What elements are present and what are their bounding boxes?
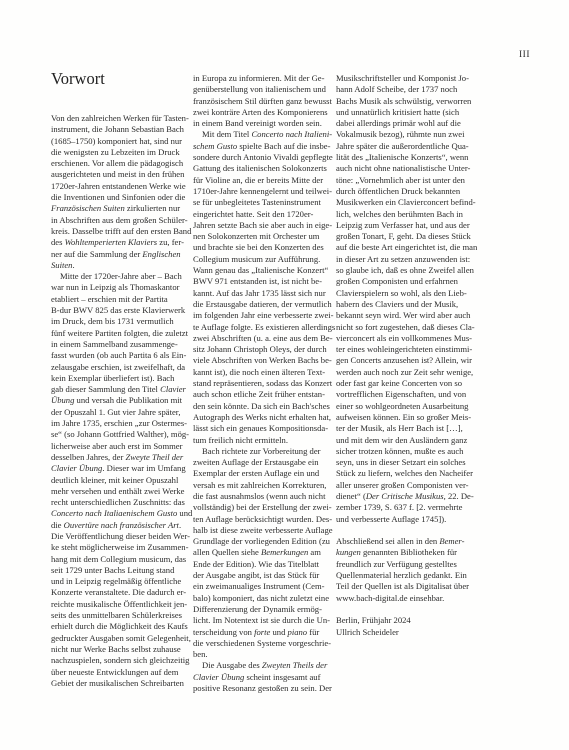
text-line: in dieser Art zu setzen anzuwenden ist: — [336, 254, 476, 265]
text-line: des Wohltemperierten Klaviers zu, fer- — [51, 237, 191, 248]
text-line: Französischen Suiten zirkulierten nur — [51, 203, 191, 214]
text-line: B-dur BWV 825 das erste Klavierwerk — [51, 305, 191, 316]
text-line: Clavier Übung. Dieser war im Umfang — [51, 463, 191, 474]
text-line: ter eines wohleingerichteten einstimmi- — [336, 344, 476, 355]
text-line: und unnatürlich kritisiert hatte (sich — [336, 107, 476, 118]
text-run: ner auf die Sammlung der — [51, 249, 142, 259]
text-run: 1720er-Jahren entstandenen Werke wie — [51, 181, 186, 191]
text-run: nen Solokonzerten mit Orchester um — [193, 231, 320, 241]
text-run: viele Abschriften von Werken Bachs be- — [193, 355, 332, 365]
text-run: für — [307, 627, 319, 637]
text-line: BWV 971 entstanden ist, ist nicht be- — [193, 276, 333, 287]
text-line: nachzuspielen, sondern sich gleichzeitig — [51, 655, 191, 666]
text-run: licherweise aber auch erst im Sommer — [51, 441, 182, 451]
italic-text: kungen — [336, 547, 361, 557]
text-run: Bach richtete zur Vorbereitung der — [202, 446, 321, 456]
text-line: ke steht möglicherweise im Zusammen- — [51, 542, 191, 553]
text-run: Gattung des italienischen Solokonzerts — [193, 163, 327, 173]
text-line: in Europa zu informieren. Mit der Ge- — [193, 73, 333, 84]
text-line: Exemplar der ersten Auflage ein und — [193, 468, 333, 479]
text-run: Mit dem Titel — [202, 129, 251, 139]
text-line: erhielt durch die Möglichkeit des Kaufs — [51, 621, 191, 632]
italic-text: Zweyten Theils der — [262, 660, 327, 670]
text-run: Quellenmaterial herzlich gedankt. Ein — [336, 570, 467, 580]
text-run: zweiten Auflage der Erstausgabe ein — [193, 457, 319, 467]
text-line: die Ouvertüre nach französischer Art. — [51, 520, 191, 531]
text-line: gedruckter Ausgaben somit Gelegenheit, — [51, 633, 191, 644]
text-line: durch öffentlichen Druck bekannten — [336, 186, 476, 197]
text-run: vortrefflichen Eigenschaften, und von — [336, 389, 466, 399]
text-line: kungen genannten Bibliotheken für — [336, 547, 476, 558]
text-line: im Druck, dem bis 1731 vermutlich — [51, 316, 191, 327]
text-line: dienet“ (Der Critische Musikus, 22. De- — [336, 491, 476, 502]
text-line: sicher trotzen können, mußte es auch — [336, 446, 476, 457]
text-line: in einem Band vereinigt worden sein. — [193, 118, 333, 129]
text-run: se“ (so Johann Gottfried Walther), mög- — [51, 429, 189, 439]
text-line: licht. Im Notentext ist sie durch die Un… — [193, 615, 333, 626]
text-run: allen Quellen siehe — [193, 547, 261, 557]
text-run: 1710er-Jahre kennengelernt und teilwei- — [193, 186, 332, 196]
text-line: lität des „Italienische Konzerts“, wenn — [336, 152, 476, 163]
text-run: ter eines wohleingerichteten einstimmi- — [336, 344, 472, 354]
text-line: lässt sich ein genaues Kompositionsda- — [193, 423, 333, 434]
text-line: te Auflage folgte. Es existieren allerdi… — [193, 322, 333, 333]
text-run: sitz Johann Christoph Oleys, der durch — [193, 344, 327, 354]
text-run: war nun in Leipzig als Thomaskantor — [51, 282, 179, 292]
text-line: im Jahre 1735, erschien „zur Ostermes- — [51, 418, 191, 429]
text-line: fünf weitere Partiten folgten, die zulet… — [51, 328, 191, 339]
text-line: versah es mit zahlreichen Korrekturen, — [193, 480, 333, 491]
italic-text: forte — [254, 627, 270, 637]
text-line: Concerto nach Italiaenischem Gusto und — [51, 508, 191, 519]
text-line: se“ (so Johann Gottfried Walther), mög- — [51, 429, 191, 440]
text-run: zu, fer- — [157, 237, 184, 247]
text-run: nachzuspielen, sondern sich gleichzeitig — [51, 655, 189, 665]
text-line: kreis. Dasselbe trifft auf den ersten Ba… — [51, 226, 191, 237]
text-line: und in Leipzig regelmäßig öffentliche — [51, 576, 191, 587]
text-line: zwei Abschriften (u. a. eine aus dem Be- — [193, 333, 333, 344]
text-line: desselben Jahres, der Zweyte Theil der — [51, 452, 191, 463]
text-line: und mit dem wir den Ausländern ganz — [336, 435, 476, 446]
text-line: der Opuszahl 1. Gut vier Jahre später, — [51, 407, 191, 418]
text-line: Clavierspielern so wohl, als den Lieb- — [336, 288, 476, 299]
text-line: ein zweimanualiges Instrument (Cem- — [193, 581, 333, 592]
text-run: in Europa zu informieren. Mit der Ge- — [193, 73, 325, 83]
text-run: genüberstellung von italienischem und — [193, 84, 326, 94]
text-run: Leipzig zum Verfasser hat, und aus der — [336, 220, 470, 230]
text-line: sitz Johann Christoph Oleys, der durch — [193, 344, 333, 355]
text-line: großen Componisten und erfahrnen — [336, 276, 476, 287]
text-run: seyn, uns in dieser Setzart ein solches — [336, 457, 466, 467]
text-line: die Inventionen und Sinfonien oder die — [51, 192, 191, 203]
text-line: Stück zu liefern, welches den Nacheifer — [336, 468, 476, 479]
text-line: ausgerichteten und meist in den frühen — [51, 169, 191, 180]
text-line: Konzerte veranstaltete. Die dadurch er- — [51, 587, 191, 598]
text-run: und versah die Publikation mit — [74, 395, 182, 405]
text-run: Wann genau das „Italienische Konzert“ — [193, 265, 328, 275]
text-line: Ullrich Scheideler — [336, 627, 476, 638]
text-run: licht. Im Notentext ist sie durch die Un… — [193, 615, 330, 625]
text-run: Die Ausgabe des — [202, 660, 262, 670]
text-run: über neueste Entwicklungen auf dem — [51, 667, 178, 677]
text-column-3: Musikschriftsteller und Komponist Jo-han… — [336, 73, 476, 638]
text-line: seit 1729 unter Bachs Leitung stand — [51, 565, 191, 576]
text-line: dabei allerdings primär wohl auf die — [336, 118, 476, 129]
text-run: großen Tonart, F, geht. Da dieses Stück — [336, 231, 471, 241]
text-run: töne: „Vornehmlich aber ist unter den — [336, 175, 465, 185]
text-run: die Inventionen und Sinfonien oder die — [51, 192, 185, 202]
text-run: ter der Musik, als Herr Bach ist […], — [336, 423, 463, 433]
text-line: aufweisen können. Ein so großer Meis- — [336, 412, 476, 423]
text-run: und unnatürlich kritisiert hatte (sich — [336, 107, 459, 117]
italic-text: Englischen — [142, 249, 180, 259]
text-run: se für unbegleitetes Tasteninstrument — [193, 197, 321, 207]
text-line: etabliert – erschien mit der Partita — [51, 294, 191, 305]
text-run: etabliert – erschien mit der Partita — [51, 294, 168, 304]
text-run: sondere durch Antonio Vivaldi gepflegte — [193, 152, 333, 162]
text-run: Musikwerken ein Clavierconcert befind- — [336, 197, 476, 207]
text-run: halb ist diese zweite verbesserte Auflag… — [193, 525, 333, 535]
text-run: nicht nur Werke Bachs selbst zuhause — [51, 644, 181, 654]
text-run: im Jahre 1735, erschien „zur Ostermes- — [51, 418, 187, 428]
text-line: Bach richtete zur Vorbereitung der — [193, 446, 333, 457]
text-run: zwei Abschriften (u. a. eine aus dem Be- — [193, 333, 333, 343]
text-line: seits des unmittelbaren Schülerkreises — [51, 610, 191, 621]
text-line: in Abschriften aus dem großen Schüler- — [51, 215, 191, 226]
italic-text: Der Critische Musikus — [366, 491, 444, 501]
text-run: Konzerte veranstaltete. Die dadurch er- — [51, 587, 186, 597]
text-line: Jahren setzte Bach sie aber auch in eige… — [193, 220, 333, 231]
text-line: lich, welches den berühmten Bach in — [336, 209, 476, 220]
text-run: durch öffentlichen Druck bekannten — [336, 186, 460, 196]
text-line: Die Ausgabe des Zweyten Theils der — [193, 660, 333, 671]
text-run: fünf weitere Partiten folgten, die zulet… — [51, 328, 188, 338]
text-run: die verschiedenen Systeme vorgeschrie- — [193, 638, 331, 648]
text-run: ten Auflage berücksichtigt wurden. Des- — [193, 514, 332, 524]
text-line: terscheidung von forte und piano für — [193, 627, 333, 638]
text-line: der Ausgabe angibt, ist das Stück für — [193, 570, 333, 581]
text-line: licherweise aber auch erst im Sommer — [51, 441, 191, 452]
text-line: Berlin, Frühjahr 2024 — [336, 615, 476, 626]
text-run: seit 1729 unter Bachs Leitung stand — [51, 565, 174, 575]
text-line: Leipzig zum Verfasser hat, und aus der — [336, 220, 476, 231]
text-line: Teil der Quellen ist als Digitalisat übe… — [336, 581, 476, 592]
text-run: auch schon etliche Zeit früher entstan- — [193, 389, 325, 399]
text-line: vollständig) bei der Erstellung der zwei… — [193, 502, 333, 513]
text-run: scheint insgesamt auf — [244, 672, 320, 682]
italic-text: schem Gusto — [193, 141, 237, 151]
italic-text: Clavier Übung — [193, 672, 244, 682]
text-line: 1710er-Jahre kennengelernt und teilwei- — [193, 186, 333, 197]
text-line: recht unterschiedlichen Zuschnitts: das — [51, 497, 191, 508]
text-line: Musikschriftsteller und Komponist Jo- — [336, 73, 476, 84]
text-run: in einem Band vereinigt worden sein. — [193, 118, 322, 128]
text-run: Teil der Quellen ist als Digitalisat übe… — [336, 581, 469, 591]
text-line: hann Adolf Scheibe, der 1737 noch — [336, 84, 476, 95]
text-run: dabei allerdings primär wohl auf die — [336, 118, 461, 128]
text-line: hang mit dem Collegium musicum, das — [51, 554, 191, 565]
text-run: Musikschriftsteller und Komponist Jo- — [336, 73, 469, 83]
text-run: und brachte sie bei den Konzerten des — [193, 242, 324, 252]
text-line: und brachte sie bei den Konzerten des — [193, 242, 333, 253]
text-run: in dieser Art zu setzen anzuwenden ist: — [336, 254, 470, 264]
italic-text: Bemerkungen — [261, 547, 308, 557]
text-line: zwei konträre Arten des Komponierens — [193, 107, 333, 118]
text-run: reichte musikalische Öffentlichkeit jen- — [51, 599, 187, 609]
text-line: auch nicht ohne nationalistische Unter- — [336, 163, 476, 174]
text-line: töne: „Vornehmlich aber ist unter den — [336, 175, 476, 186]
text-run: für Violine an, die er bereits Mitte der — [193, 175, 323, 185]
italic-text: Clavier — [160, 384, 186, 394]
text-run: kein Exemplar überliefert ist). Bach — [51, 373, 174, 383]
text-column-2: in Europa zu informieren. Mit der Ge-gen… — [193, 73, 333, 694]
text-line: deutlich kleiner, mit keiner Opuszahl — [51, 475, 191, 486]
text-run: werden auch noch zur Zeit sehr wenige, — [336, 367, 473, 377]
text-line: genüberstellung von italienischem und — [193, 84, 333, 95]
text-line: Wann genau das „Italienische Konzert“ — [193, 265, 333, 276]
text-run: www.bach-digital.de einsehbar. — [336, 593, 444, 603]
text-line: seyn, uns in dieser Setzart ein solches — [336, 457, 476, 468]
text-line: 1720er-Jahren entstandenen Werke wie — [51, 181, 191, 192]
italic-text: Suiten — [51, 260, 72, 270]
text-line: die Erstausgabe datieren, der vermutlich — [193, 299, 333, 310]
text-run: großen Componisten und erfahrnen — [336, 276, 458, 286]
text-line: nicht nur Werke Bachs selbst zuhause — [51, 644, 191, 655]
text-line: viele Abschriften von Werken Bachs be- — [193, 355, 333, 366]
text-line: tum freilich nicht ermitteln. — [193, 435, 333, 446]
text-run: zember 1739, S. 637 f. [2. vermehrte — [336, 502, 462, 512]
text-run: , 22. De- — [444, 491, 474, 501]
text-line: Abschließend sei allen in den Bemer- — [336, 536, 476, 547]
text-line: Von den zahlreichen Werken für Tasten- — [51, 113, 191, 124]
text-run: positive Resonanz gestoßen zu sein. Der — [193, 683, 332, 693]
text-run: fasst wurden (ob auch Partita 6 als Ein- — [51, 350, 186, 360]
text-run: te Auflage folgte. Es existieren allerdi… — [193, 322, 335, 332]
text-run: recht unterschiedlichen Zuschnitts: das — [51, 497, 185, 507]
text-run: französischem Stil dürften ganz bewusst — [193, 96, 332, 106]
text-run: Abschließend sei allen in den — [336, 536, 439, 546]
text-line: zember 1739, S. 637 f. [2. vermehrte — [336, 502, 476, 513]
text-line: aller unserer großen Componisten ver- — [336, 480, 476, 491]
text-line: balo) komponiert, das nicht zuletzt eine — [193, 593, 333, 604]
text-line: war nun in Leipzig als Thomaskantor — [51, 282, 191, 293]
text-run: instrument, die Johann Sebastian Bach — [51, 124, 184, 134]
text-run: die fast ausnahmslos (wenn auch nicht — [193, 491, 325, 501]
text-run: desselben Jahres, der — [51, 452, 125, 462]
text-line: eingerichtet hatte. Seit den 1720er- — [193, 209, 333, 220]
text-line: Die Veröffentlichung dieser beiden Wer- — [51, 531, 191, 542]
text-run: lität des „Italienische Konzerts“, wenn — [336, 152, 468, 162]
text-line: Grundlage der vorliegenden Edition (zu — [193, 536, 333, 547]
text-run: in Abschriften aus dem großen Schüler- — [51, 215, 188, 225]
text-run: Die Veröffentlichung dieser beiden Wer- — [51, 531, 190, 541]
text-line: so glaube ich, daß es ohne Zweifel allen — [336, 265, 476, 276]
text-line: Ende der Edition). Wie das Titelblatt — [193, 559, 333, 570]
text-line: Clavier Übung scheint insgesamt auf — [193, 672, 333, 683]
text-run: vollständig) bei der Erstellung der zwei… — [193, 502, 332, 512]
text-run: Berlin, Frühjahr 2024 — [336, 615, 411, 625]
text-line: gab dieser Sammlung den Titel Clavier — [51, 384, 191, 395]
text-run: in einem Sammelband zusammenge- — [51, 339, 178, 349]
page-number: III — [519, 50, 530, 60]
italic-text: Concerto nach Italieni- — [251, 129, 332, 139]
text-line: habern des Claviers und der Musik, — [336, 299, 476, 310]
text-run: Ullrich Scheideler — [336, 627, 399, 637]
text-run: im Druck, dem bis 1731 vermutlich — [51, 316, 174, 326]
text-run: deutlich kleiner, mit keiner Opuszahl — [51, 475, 178, 485]
text-line: Jahre später die außerordentliche Qua- — [336, 141, 476, 152]
text-run: lässt sich ein genaues Kompositionsda- — [193, 423, 328, 433]
text-line: werden auch noch zur Zeit sehr wenige, — [336, 367, 476, 378]
text-run: erschienen. Vor allem die pädagogisch — [51, 158, 183, 168]
text-run: einer so wohlgeordneten Ausarbeitung — [336, 401, 468, 411]
page-title: Vorwort — [51, 69, 105, 89]
text-run: Exemplar der ersten Auflage ein und — [193, 468, 319, 478]
text-run: kannt. Auf das Jahr 1735 lässt sich nur — [193, 288, 326, 298]
text-run: Gebiet der musikalischen Schreibarten — [51, 678, 184, 688]
text-run: vierconcert als ein vollkommenes Mus- — [336, 333, 472, 343]
italic-text: piano — [288, 627, 308, 637]
text-run: Autograph des Werks nicht erhalten hat, — [193, 412, 331, 422]
text-run: und — [270, 627, 287, 637]
text-line: Autograph des Werks nicht erhalten hat, — [193, 412, 333, 423]
text-line: Differenzierung der Dynamik ermög- — [193, 604, 333, 615]
text-run: Collegium musicum zur Aufführung. — [193, 254, 320, 264]
italic-text: Clavier Übung — [51, 463, 102, 473]
text-run: gen Concerts anzusehen ist? Allein, wir — [336, 355, 472, 365]
text-line: großen Tonart, F, geht. Da dieses Stück — [336, 231, 476, 242]
text-run: freundlich zur Verfügung gestelltes — [336, 559, 457, 569]
text-run: ke steht möglicherweise im Zusammen- — [51, 542, 188, 552]
text-run: spielte Bach auf die insbe- — [237, 141, 330, 151]
text-run: (1685–1750) komponiert hat, sind nur — [51, 136, 182, 146]
text-run: gedruckter Ausgaben somit Gelegenheit, — [51, 633, 191, 643]
text-run: im folgenden Jahr eine verbesserte zwei- — [193, 310, 334, 320]
text-line: (1685–1750) komponiert hat, sind nur — [51, 136, 191, 147]
text-run: bekannt seyn wird. Wer wird aber auch — [336, 310, 470, 320]
italic-text: Bemer- — [439, 536, 464, 546]
text-run: auf die beste Art eingerichtet ist, die … — [336, 242, 477, 252]
text-run: zirkulierten nur — [125, 203, 180, 213]
text-run: Jahre später die außerordentliche Qua- — [336, 141, 469, 151]
text-line: bekannt seyn wird. Wer wird aber auch — [336, 310, 476, 321]
text-run: balo) komponiert, das nicht zuletzt eine — [193, 593, 329, 603]
paragraph-gap — [336, 525, 476, 536]
text-run: zelausgabe erschien, ist zweifelhaft, da — [51, 362, 185, 372]
text-line: erschienen. Vor allem die pädagogisch — [51, 158, 191, 169]
text-line: ten Auflage berücksichtigt wurden. Des- — [193, 514, 333, 525]
text-run: mehr versehen und enthält zwei Werke — [51, 486, 185, 496]
text-line: zelausgabe erschien, ist zweifelhaft, da — [51, 362, 191, 373]
text-run: gab dieser Sammlung den Titel — [51, 384, 160, 394]
text-line: Bachs Musik als schwülstig, verworren — [336, 96, 476, 107]
text-run: der Ausgabe angibt, ist das Stück für — [193, 570, 319, 580]
text-run: kannt ist), die noch einen älteren Text- — [193, 367, 325, 377]
text-line: den sein könnte. Da sich ein Bach'sches — [193, 401, 333, 412]
text-run: nicht so fort zugestehen, daß dieses Cla… — [336, 322, 475, 332]
text-run: eingerichtet hatte. Seit den 1720er- — [193, 209, 313, 219]
text-run: aufweisen können. Ein so großer Meis- — [336, 412, 471, 422]
text-line: vortrefflichen Eigenschaften, und von — [336, 389, 476, 400]
text-run: auch nicht ohne nationalistische Unter- — [336, 163, 470, 173]
text-run: und verbesserte Auflage 1745]). — [336, 514, 446, 524]
italic-text: Concerto nach Italiaenischem Gusto — [51, 508, 177, 518]
text-line: allen Quellen siehe Bemerkungen am — [193, 547, 333, 558]
text-line: Übung und versah die Publikation mit — [51, 395, 191, 406]
text-run: Ende der Edition). Wie das Titelblatt — [193, 559, 319, 569]
text-line: positive Resonanz gestoßen zu sein. Der — [193, 683, 333, 694]
text-line: instrument, die Johann Sebastian Bach — [51, 124, 191, 135]
text-line: im folgenden Jahr eine verbesserte zwei- — [193, 310, 333, 321]
text-run: Mitte der 1720er-Jahre aber – Bach — [60, 271, 182, 281]
text-run: die — [51, 520, 64, 530]
text-line: kannt ist), die noch einen älteren Text- — [193, 367, 333, 378]
text-line: kein Exemplar überliefert ist). Bach — [51, 373, 191, 384]
text-run: dienet“ ( — [336, 491, 366, 501]
text-run: Bachs Musik als schwülstig, verworren — [336, 96, 471, 106]
italic-text: Französischen Suiten — [51, 203, 125, 213]
text-line: nen Solokonzerten mit Orchester um — [193, 231, 333, 242]
text-line: oder fast gar keine Concerten von so — [336, 378, 476, 389]
text-run: Grundlage der vorliegenden Edition (zu — [193, 536, 330, 546]
text-run: Vokalmusik bezog), rühmte nun zwei — [336, 129, 464, 139]
text-run: terscheidung von — [193, 627, 254, 637]
text-line: se für unbegleitetes Tasteninstrument — [193, 197, 333, 208]
text-line: vierconcert als ein vollkommenes Mus- — [336, 333, 476, 344]
text-run: seits des unmittelbaren Schülerkreises — [51, 610, 182, 620]
text-line: mehr versehen und enthält zwei Werke — [51, 486, 191, 497]
text-line: auf die beste Art eingerichtet ist, die … — [336, 242, 476, 253]
text-run: kreis. Dasselbe trifft auf den ersten Ba… — [51, 226, 191, 236]
text-run: . — [179, 520, 181, 530]
text-line: über neueste Entwicklungen auf dem — [51, 667, 191, 678]
text-run: Differenzierung der Dynamik ermög- — [193, 604, 322, 614]
text-line: halb ist diese zweite verbesserte Auflag… — [193, 525, 333, 536]
text-run: ben. — [193, 649, 208, 659]
text-run: der Opuszahl 1. Gut vier Jahre später, — [51, 407, 180, 417]
text-line: ter der Musik, als Herr Bach ist […], — [336, 423, 476, 434]
italic-text: Wohltemperierten Klaviers — [65, 237, 158, 247]
text-run: oder fast gar keine Concerten von so — [336, 378, 462, 388]
text-run: lich, welches den berühmten Bach in — [336, 209, 463, 219]
text-line: auch schon etliche Zeit früher entstan- — [193, 389, 333, 400]
text-line: in einem Sammelband zusammenge- — [51, 339, 191, 350]
text-line: Vokalmusik bezog), rühmte nun zwei — [336, 129, 476, 140]
text-line: Gebiet der musikalischen Schreibarten — [51, 678, 191, 689]
text-line: einer so wohlgeordneten Ausarbeitung — [336, 401, 476, 412]
text-run: am — [308, 547, 321, 557]
text-run: und in Leipzig regelmäßig öffentliche — [51, 576, 181, 586]
text-line: zweiten Auflage der Erstausgabe ein — [193, 457, 333, 468]
text-run: habern des Claviers und der Musik, — [336, 299, 458, 309]
paragraph-gap — [336, 604, 476, 615]
text-run: B-dur BWV 825 das erste Klavierwerk — [51, 305, 185, 315]
text-run: und — [177, 508, 192, 518]
text-line: ner auf die Sammlung der Englischen — [51, 249, 191, 260]
text-run: Von den zahlreichen Werken für Tasten- — [51, 113, 189, 123]
text-line: die fast ausnahmslos (wenn auch nicht — [193, 491, 333, 502]
text-run: hann Adolf Scheibe, der 1737 noch — [336, 84, 457, 94]
text-run: so glaube ich, daß es ohne Zweifel allen — [336, 265, 474, 275]
text-line: Mit dem Titel Concerto nach Italieni- — [193, 129, 333, 140]
text-line: Mitte der 1720er-Jahre aber – Bach — [51, 271, 191, 282]
text-line: und verbesserte Auflage 1745]). — [336, 514, 476, 525]
text-line: Collegium musicum zur Aufführung. — [193, 254, 333, 265]
italic-text: Zweyte Theil der — [125, 452, 183, 462]
text-run: BWV 971 entstanden ist, ist nicht be- — [193, 276, 322, 286]
text-run: aller unserer großen Componisten ver- — [336, 480, 469, 490]
text-run: tum freilich nicht ermitteln. — [193, 435, 288, 445]
